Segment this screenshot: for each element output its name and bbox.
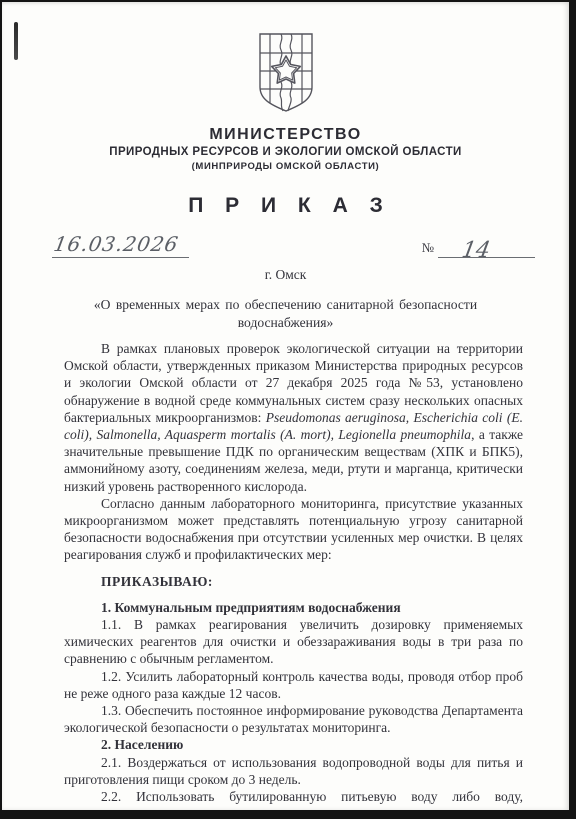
ministry-name: МИНИСТЕРСТВО [2,126,569,144]
document-page: МИНИСТЕРСТВО ПРИРОДНЫХ РЕСУРСОВ И ЭКОЛОГ… [2,2,569,810]
scanned-document: МИНИСТЕРСТВО ПРИРОДНЫХ РЕСУРСОВ И ЭКОЛОГ… [0,0,576,819]
document-type-title: П Р И К А З [2,194,569,218]
handwritten-date: 16.03.2026 [52,232,181,256]
scan-artifact-mark [14,22,18,60]
section-1-heading: 1. Коммунальным предприятиям водоснабжен… [64,599,523,616]
item-1-2: 1.2. Усилить лабораторный контроль качес… [64,668,523,702]
number-field: № 14 [422,231,535,258]
item-1-1: 1.1. В рамках реагирования увеличить доз… [64,616,523,668]
paragraph-intro: В рамках плановых проверок экологической… [64,340,523,495]
date-number-row: 16.03.2026 № 14 [52,224,535,258]
document-subject: «О временных мерах по обеспечению санита… [70,296,502,332]
number-line: 14 [438,231,535,258]
order-word: ПРИКАЗЫВАЮ: [64,573,523,590]
omsk-coat-of-arms-icon [254,31,318,115]
document-body: В рамках плановых проверок экологической… [64,340,523,810]
item-2-1: 2.1. Воздержаться от использования водоп… [64,754,523,788]
item-1-3: 1.3. Обеспечить постоянное информировани… [64,702,523,736]
emblem-container [2,2,569,120]
date-field: 16.03.2026 [52,232,189,258]
item-2-2: 2.2. Использовать бутилированную питьеву… [64,788,523,810]
ministry-name-full: ПРИРОДНЫХ РЕСУРСОВ И ЭКОЛОГИИ ОМСКОЙ ОБЛ… [2,146,569,158]
city-line: г. Омск [2,267,569,283]
paragraph-monitoring: Согласно данным лабораторного мониторинг… [64,495,523,564]
number-sign-label: № [422,240,434,258]
ministry-abbreviation: (МИНПРИРОДЫ ОМСКОЙ ОБЛАСТИ) [2,161,569,172]
section-2-heading: 2. Населению [64,736,523,753]
handwritten-number: 14 [460,238,492,263]
